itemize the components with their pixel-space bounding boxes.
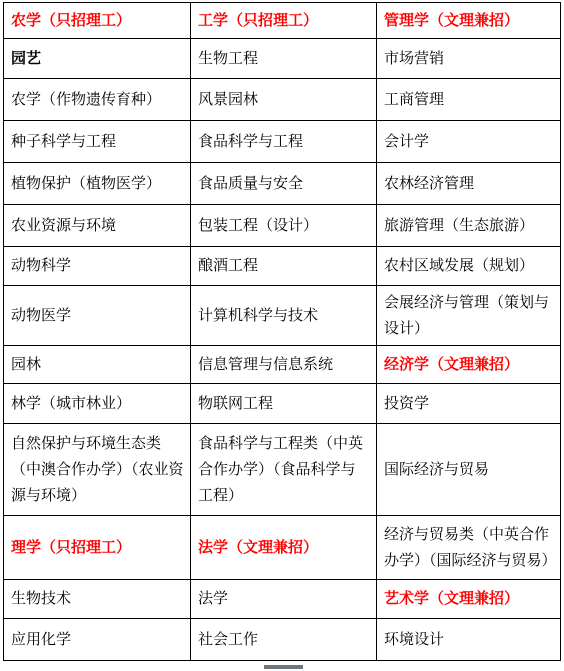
scrollbar-thumb[interactable] [264,665,303,669]
major-cell: 工商管理 [377,79,561,121]
major-cell: 生物工程 [191,39,377,79]
major-cell: 风景园林 [191,79,377,121]
major-cell: 自然保护与环境生态类（中澳合作办学）（农业资源与环境） [4,424,191,516]
major-cell: 食品科学与工程类（中英合作办学）（食品科学与工程） [191,424,377,516]
category-header-cell: 艺术学（文理兼招） [377,580,561,619]
major-cell: 林学（城市林业） [4,384,191,424]
major-cell: 会展经济与管理（策划与设计） [377,286,561,346]
major-cell: 园林 [4,346,191,384]
major-cell: 旅游管理（生态旅游） [377,205,561,247]
major-cell: 动物科学 [4,247,191,286]
category-header-cell: 管理学（文理兼招） [377,3,561,39]
major-cell: 投资学 [377,384,561,424]
majors-table-body: 农学（只招理工）工学（只招理工）管理学（文理兼招）园艺生物工程市场营销农学（作物… [4,3,561,661]
table-row: 农学（只招理工）工学（只招理工）管理学（文理兼招） [4,3,561,39]
table-row: 自然保护与环境生态类（中澳合作办学）（农业资源与环境）食品科学与工程类（中英合作… [4,424,561,516]
major-cell: 农村区域发展（规划） [377,247,561,286]
table-row: 园艺生物工程市场营销 [4,39,561,79]
major-cell: 信息管理与信息系统 [191,346,377,384]
major-cell: 市场营销 [377,39,561,79]
major-cell: 种子科学与工程 [4,121,191,163]
table-row: 理学（只招理工）法学（文理兼招）经济与贸易类（中英合作办学）（国际经济与贸易） [4,516,561,580]
table-row: 应用化学社会工作环境设计 [4,619,561,661]
major-cell: 食品科学与工程 [191,121,377,163]
major-cell: 会计学 [377,121,561,163]
category-header-cell: 法学（文理兼招） [191,516,377,580]
major-cell: 农学（作物遗传育种） [4,79,191,121]
table-row: 园林信息管理与信息系统经济学（文理兼招） [4,346,561,384]
page: 农学（只招理工）工学（只招理工）管理学（文理兼招）园艺生物工程市场营销农学（作物… [0,0,564,671]
major-cell: 环境设计 [377,619,561,661]
major-cell: 园艺 [4,39,191,79]
table-row: 植物保护（植物医学）食品质量与安全农林经济管理 [4,163,561,205]
category-header-cell: 经济学（文理兼招） [377,346,561,384]
major-cell: 法学 [191,580,377,619]
major-cell: 计算机科学与技术 [191,286,377,346]
major-cell: 国际经济与贸易 [377,424,561,516]
major-cell: 物联网工程 [191,384,377,424]
category-header-cell: 农学（只招理工） [4,3,191,39]
table-row: 种子科学与工程食品科学与工程会计学 [4,121,561,163]
major-cell: 农林经济管理 [377,163,561,205]
major-cell: 农业资源与环境 [4,205,191,247]
table-row: 动物医学计算机科学与技术会展经济与管理（策划与设计） [4,286,561,346]
major-cell: 经济与贸易类（中英合作办学）（国际经济与贸易） [377,516,561,580]
major-cell: 生物技术 [4,580,191,619]
table-row: 农学（作物遗传育种）风景园林工商管理 [4,79,561,121]
major-cell: 酿酒工程 [191,247,377,286]
category-header-cell: 理学（只招理工） [4,516,191,580]
major-cell: 社会工作 [191,619,377,661]
major-cell: 植物保护（植物医学） [4,163,191,205]
category-header-cell: 工学（只招理工） [191,3,377,39]
table-row: 动物科学酿酒工程农村区域发展（规划） [4,247,561,286]
table-row: 生物技术法学艺术学（文理兼招） [4,580,561,619]
major-cell: 食品质量与安全 [191,163,377,205]
major-cell: 动物医学 [4,286,191,346]
major-cell: 应用化学 [4,619,191,661]
major-cell: 包装工程（设计） [191,205,377,247]
table-row: 农业资源与环境包装工程（设计）旅游管理（生态旅游） [4,205,561,247]
table-row: 林学（城市林业）物联网工程投资学 [4,384,561,424]
majors-table: 农学（只招理工）工学（只招理工）管理学（文理兼招）园艺生物工程市场营销农学（作物… [3,2,561,661]
